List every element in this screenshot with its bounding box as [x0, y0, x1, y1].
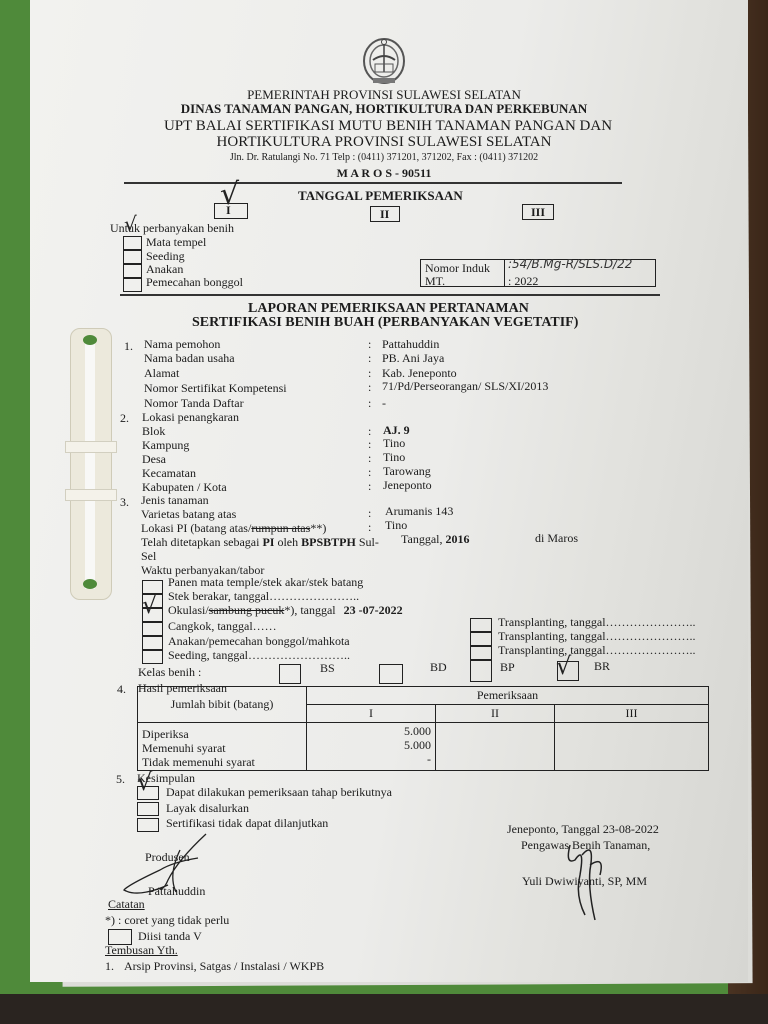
option-label: Pemecahan bonggol: [146, 275, 243, 289]
field-label: Nomor Sertifikat Kompetensi: [144, 381, 287, 395]
field-value: -: [382, 396, 386, 410]
text-part: Telah ditetapkan sebagai: [141, 535, 262, 549]
tembusan-title: Tembusan Yth.: [105, 943, 178, 957]
cell-value: [436, 723, 555, 771]
kelas-option: BS: [320, 661, 335, 675]
checkbox-seeding[interactable]: [123, 250, 142, 264]
option-label: Transplanting, tanggal…………………..: [498, 615, 696, 629]
field-value: Tino: [383, 436, 405, 450]
nomor-induk-value: :54/B.Mg-R/SLS.D/22: [508, 257, 632, 271]
checkbox-transplanting-2[interactable]: [470, 632, 492, 646]
clip-rod: [85, 339, 95, 589]
header-rule: [124, 182, 622, 184]
tanggal-title: TANGGAL PEMERIKSAAN: [298, 189, 463, 203]
checkbox-anakan-pemecahan[interactable]: [142, 636, 163, 650]
check-mark-icon: √: [556, 656, 571, 676]
option-label: Dapat dilakukan pemeriksaan tahap beriku…: [166, 785, 392, 799]
nomor-divider: [504, 259, 505, 287]
option-label: Anakan/pemecahan bonggol/mahkota: [168, 634, 350, 648]
field-label: Blok: [142, 424, 165, 438]
header-line-1: PEMERINTAH PROVINSI SULAWESI SELATAN: [0, 88, 768, 102]
header-line-4: HORTIKULTURA PROVINSI SULAWESI SELATAN: [0, 134, 768, 151]
cc-item: Arsip Provinsi, Satgas / Instalasi / WKP…: [124, 959, 324, 973]
clip-hole: [83, 579, 97, 589]
option-label: Panen mata temple/stek akar/stek batang: [168, 575, 363, 589]
field-label: Nama pemohon: [144, 337, 220, 351]
signature-pengawas-icon: [560, 835, 610, 925]
provincial-emblem-icon: [361, 36, 407, 86]
table-header: III: [555, 705, 709, 723]
colon: :: [368, 520, 371, 534]
clip-slider[interactable]: [65, 489, 117, 501]
di-maros: di Maros: [535, 531, 578, 545]
text-part: *), tanggal: [284, 603, 335, 617]
field-value: Jeneponto: [383, 478, 432, 492]
field-value: Arumanis 143: [385, 504, 453, 518]
lokasi-pi-label: Lokasi PI (batang atas/rumpun atas**): [141, 521, 326, 535]
clip-slider[interactable]: [65, 441, 117, 453]
field-value: Tino: [383, 450, 405, 464]
table-header: Jumlah bibit (batang): [138, 687, 307, 723]
option-label: Stek berakar, tanggal…………………..: [168, 589, 359, 603]
label-part: **): [310, 521, 326, 535]
binder-clip[interactable]: [70, 328, 112, 600]
struck-text: rumpun atas: [251, 521, 310, 535]
report-title-1: LAPORAN PEMERIKSAAN PERTANAMAN: [248, 302, 529, 316]
section-3-title: Jenis tanaman: [141, 493, 209, 507]
checkbox-anakan[interactable]: [123, 264, 142, 278]
colon: :: [368, 437, 371, 451]
option-label: Seeding, tanggal……………………..: [168, 648, 350, 662]
field-label: Alamat: [144, 366, 179, 380]
option-label: Seeding: [146, 249, 185, 263]
mt-label: MT.: [425, 274, 445, 288]
cell-value: [555, 723, 709, 771]
section-3-number: 3.: [120, 495, 129, 509]
text-part: Okulasi/: [168, 603, 209, 617]
label-part: Lokasi PI (batang atas/: [141, 521, 251, 535]
mt-value: : 2022: [508, 274, 538, 288]
field-value: Tarowang: [383, 464, 431, 478]
table-row: Diperiksa Memenuhi syarat Tidak memenuhi…: [138, 723, 709, 771]
field-value: 71/Pd/Perseorangan/ SLS/XI/2013: [382, 379, 548, 393]
check-mark-icon: √: [124, 214, 137, 234]
field-label: Nama badan usaha: [144, 351, 235, 365]
section-rule: [120, 294, 660, 296]
option-label: Layak disalurkan: [166, 801, 249, 815]
field-label: Kampung: [142, 438, 189, 452]
colon: :: [368, 380, 371, 394]
colon: :: [368, 424, 371, 438]
section-5-number: 5.: [116, 772, 125, 786]
colon: :: [368, 351, 371, 365]
field-label: Kecamatan: [142, 466, 196, 480]
colon: :: [368, 465, 371, 479]
option-label: Cangkok, tanggal……: [168, 619, 277, 633]
tanggal-pi: Tanggal, 2016: [401, 532, 469, 546]
cc-number: 1.: [105, 959, 114, 973]
table-header: I: [307, 705, 436, 723]
row-label: Memenuhi syarat: [142, 741, 302, 755]
row-label: Diperiksa: [142, 727, 302, 741]
checkbox-kelas-bs[interactable]: [279, 664, 301, 684]
floor-background: [0, 994, 768, 1024]
checkbox-cangkok[interactable]: [142, 622, 163, 636]
option-label: Transplanting, tanggal…………………..: [498, 629, 696, 643]
section-1-number: 1.: [124, 339, 133, 353]
note-2: Diisi tanda V: [138, 929, 202, 943]
cell-value: 5.000: [311, 724, 431, 738]
checkbox-kelas-bp[interactable]: [470, 660, 492, 682]
check-mark-icon: √: [142, 595, 157, 615]
option-label: Anakan: [146, 262, 183, 276]
ditetapkan-text: Telah ditetapkan sebagai PI oleh BPSBTPH…: [141, 535, 379, 549]
okulasi-label: Okulasi/sambung pucuk*), tanggal23 -07-2…: [168, 603, 403, 617]
row-label: Tidak memenuhi syarat: [142, 755, 302, 769]
check-mark-icon: √: [220, 185, 239, 205]
clip-hole: [83, 335, 97, 345]
colon: :: [368, 396, 371, 410]
option-label: Mata tempel: [146, 235, 206, 249]
checkbox-pemecahan-bonggol[interactable]: [123, 278, 142, 292]
place-date: Jeneponto, Tanggal 23-08-2022: [507, 822, 659, 836]
checkbox-kelas-bd[interactable]: [379, 664, 403, 684]
colon: :: [368, 451, 371, 465]
cell-value: -: [311, 752, 431, 766]
header-line-2: DINAS TANAMAN PANGAN, HORTIKULTURA DAN P…: [0, 102, 768, 116]
colon: :: [368, 506, 371, 520]
section-4-number: 4.: [117, 682, 126, 696]
field-value: Tino: [385, 518, 407, 532]
okulasi-date: 23 -07-2022: [344, 603, 403, 617]
kelas-option: BD: [430, 660, 447, 674]
field-label: Varietas batang atas: [141, 507, 236, 521]
nomor-induk-label: Nomor Induk: [425, 261, 490, 275]
cell-value: 5.000: [311, 738, 431, 752]
field-value: Pattahuddin: [382, 337, 439, 351]
table-header: II: [436, 705, 555, 723]
header-city: M A R O S - 90511: [0, 166, 768, 180]
kelas-label: Kelas benih :: [138, 665, 201, 679]
text-part: BPSBTPH: [301, 535, 356, 549]
checkbox-mata-tempel[interactable]: [123, 236, 142, 250]
text-part: Sul-: [356, 535, 379, 549]
option-label: Transplanting, tanggal…………………..: [498, 643, 696, 657]
field-label: Desa: [142, 452, 166, 466]
text-part: PI: [262, 535, 274, 549]
section-2-title: Lokasi penangkaran: [142, 410, 239, 424]
report-title-2: SERTIFIKASI BENIH BUAH (PERBANYAKAN VEGE…: [192, 316, 578, 330]
table-header: Pemeriksaan: [307, 687, 709, 705]
kelas-option: BP: [500, 660, 515, 674]
field-label: Kabupaten / Kota: [142, 480, 227, 494]
checkbox-seeding-tanggal[interactable]: [142, 650, 163, 664]
ditetapkan-wrap: Sel: [141, 549, 156, 563]
header-line-3: UPT BALAI SERTIFIKASI MUTU BENIH TANAMAN…: [4, 118, 768, 135]
checkbox-transplanting-1[interactable]: [470, 618, 492, 632]
check-mark-icon: √: [137, 772, 152, 792]
hasil-table: Jumlah bibit (batang) Pemeriksaan I II I…: [137, 686, 709, 771]
catatan-title: Catatan: [108, 897, 145, 911]
section-2-number: 2.: [120, 411, 129, 425]
field-label: Nomor Tanda Daftar: [144, 396, 244, 410]
header-address: Jln. Dr. Ratulangi No. 71 Telp : (0411) …: [0, 151, 768, 165]
kelas-option: BR: [594, 659, 610, 673]
field-value: Kab. Jeneponto: [382, 366, 457, 380]
text-part: Tanggal,: [401, 532, 445, 546]
checkbox-layak-disalurkan[interactable]: [137, 802, 159, 816]
checkbox-transplanting-3[interactable]: [470, 646, 492, 660]
tanggal-box-3-label: III: [531, 205, 545, 219]
field-value: AJ. 9: [383, 423, 410, 437]
colon: :: [368, 366, 371, 380]
struck-text: sambung pucuk: [209, 603, 285, 617]
field-value: PB. Ani Jaya: [382, 351, 444, 365]
option-label: Sertifikasi tidak dapat dilanjutkan: [166, 816, 328, 830]
text-part: oleh: [274, 535, 301, 549]
tanggal-box-2-label: II: [380, 207, 389, 221]
signature-produsen-icon: [118, 830, 218, 900]
text-part: 2016: [445, 532, 469, 546]
colon: :: [368, 337, 371, 351]
note-1: *) : coret yang tidak perlu: [105, 913, 229, 927]
colon: :: [368, 479, 371, 493]
